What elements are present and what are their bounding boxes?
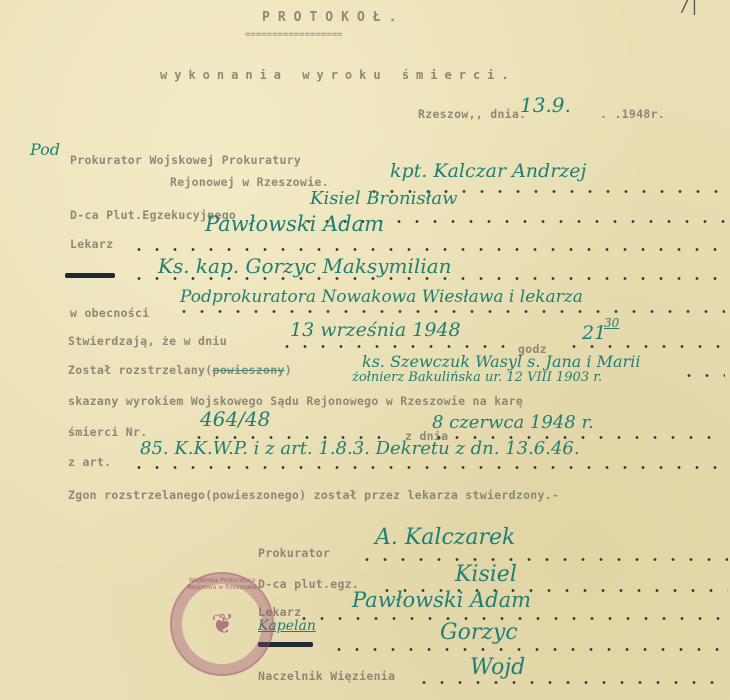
field-executed-label-end: ) xyxy=(285,363,292,377)
dotted-line xyxy=(680,374,725,377)
dotted-line xyxy=(130,248,725,251)
dotted-line xyxy=(130,277,725,280)
sig-warden: Wojd xyxy=(470,655,525,680)
dotted-line xyxy=(278,345,518,348)
date-handwritten: 13.9. xyxy=(520,93,571,117)
document-title: PROTOKOŁ. xyxy=(262,10,404,25)
field-executed-details: żołnierz Bakulińska ur. 12 VIII 1903 r. xyxy=(352,370,602,385)
field-presence-label: w obecności xyxy=(70,306,149,320)
field-prosecutor-value: kpt. Kalczar Andrzej xyxy=(390,160,586,182)
field-sentence-no-label: śmierci Nr. xyxy=(68,425,147,439)
title-underline: ================== xyxy=(245,30,343,40)
field-doctor-label: Lekarz xyxy=(70,237,113,251)
year-typed: . .1948r. xyxy=(600,107,665,121)
field-sentence-text: skazany wyrokiem Wojskowego Sądu Rejonow… xyxy=(68,394,523,408)
dotted-line xyxy=(330,648,725,651)
field-sentence-no-value: 464/48 xyxy=(200,407,270,431)
corner-mark: /| xyxy=(680,0,699,15)
dotted-line xyxy=(415,681,725,684)
eagle-emblem-icon: ❦ xyxy=(202,600,242,644)
dotted-line xyxy=(175,310,725,313)
document-page: /| PROTOKOŁ. ================== wykonani… xyxy=(0,0,730,700)
dotted-line xyxy=(358,558,728,561)
field-sentence-date-value: 8 czerwca 1948 r. xyxy=(432,412,594,433)
field-article-value: 85. K.K.W.P. i z art. 1.8.3. Dekretu z d… xyxy=(140,438,580,459)
field-article-label: z art. xyxy=(68,455,111,469)
sig-doctor: Pawłowski Adam xyxy=(352,588,531,612)
sig-prosecutor-label: Prokurator xyxy=(258,546,330,560)
sig-chaplain: Gorzyc xyxy=(440,620,518,645)
field-date-value: 13 września 1948 xyxy=(290,319,461,341)
field-prosecutor-label2: Rejonowej w Rzeszowie. xyxy=(170,175,329,189)
conclusion-text: Zgon rozstrzelanego(powieszonego) został… xyxy=(68,488,559,502)
sig-prosecutor: A. Kalczarek xyxy=(375,525,515,550)
field-executed-label-start: Został rozstrzelany( xyxy=(68,363,212,377)
sig-squad: Kisiel xyxy=(455,562,517,587)
field-executed-name: ks. Szewczuk Wasyl s. Jana i Marii xyxy=(362,352,640,371)
field-doctor-value: Pawłowski Adam xyxy=(205,212,384,236)
field-date-label: Stwierdzają, że w dniu xyxy=(68,334,227,348)
field-prosecutor-label: Prokurator Wojskowej Prokuratury xyxy=(70,153,301,167)
official-stamp: Wojskowa Prokuratura Rejonowa w Rzeszowi… xyxy=(170,572,274,676)
field-executed-label: Został rozstrzelany(powieszony) xyxy=(68,363,292,377)
stamp-text: Wojskowa Prokuratura Rejonowa w Rzeszowi… xyxy=(178,577,266,591)
field-squad-value: Kisiel Bronisław xyxy=(310,188,458,209)
document-subtitle: wykonania wyroku śmierci. xyxy=(160,68,516,82)
field-time-minutes: 30 xyxy=(604,316,619,330)
dotted-line xyxy=(130,466,720,469)
sig-squad-label: D-ca plut.egz. xyxy=(258,577,359,591)
field-chaplain-value: Ks. kap. Gorzyc Maksymilian xyxy=(158,254,452,278)
field-executed-struck: powieszony xyxy=(212,363,284,377)
dotted-line xyxy=(565,345,725,348)
field-presence-value: Podprokuratora Nowakowa Wiesława i lekar… xyxy=(180,287,583,307)
redacted-label-bar xyxy=(65,273,115,278)
marginal-note: Pod xyxy=(30,140,60,159)
field-time-hours: 21 xyxy=(582,322,606,344)
sig-warden-label: Naczelnik Więzienia xyxy=(258,669,395,683)
place-label: Rzeszow,, dnia. xyxy=(418,107,526,121)
